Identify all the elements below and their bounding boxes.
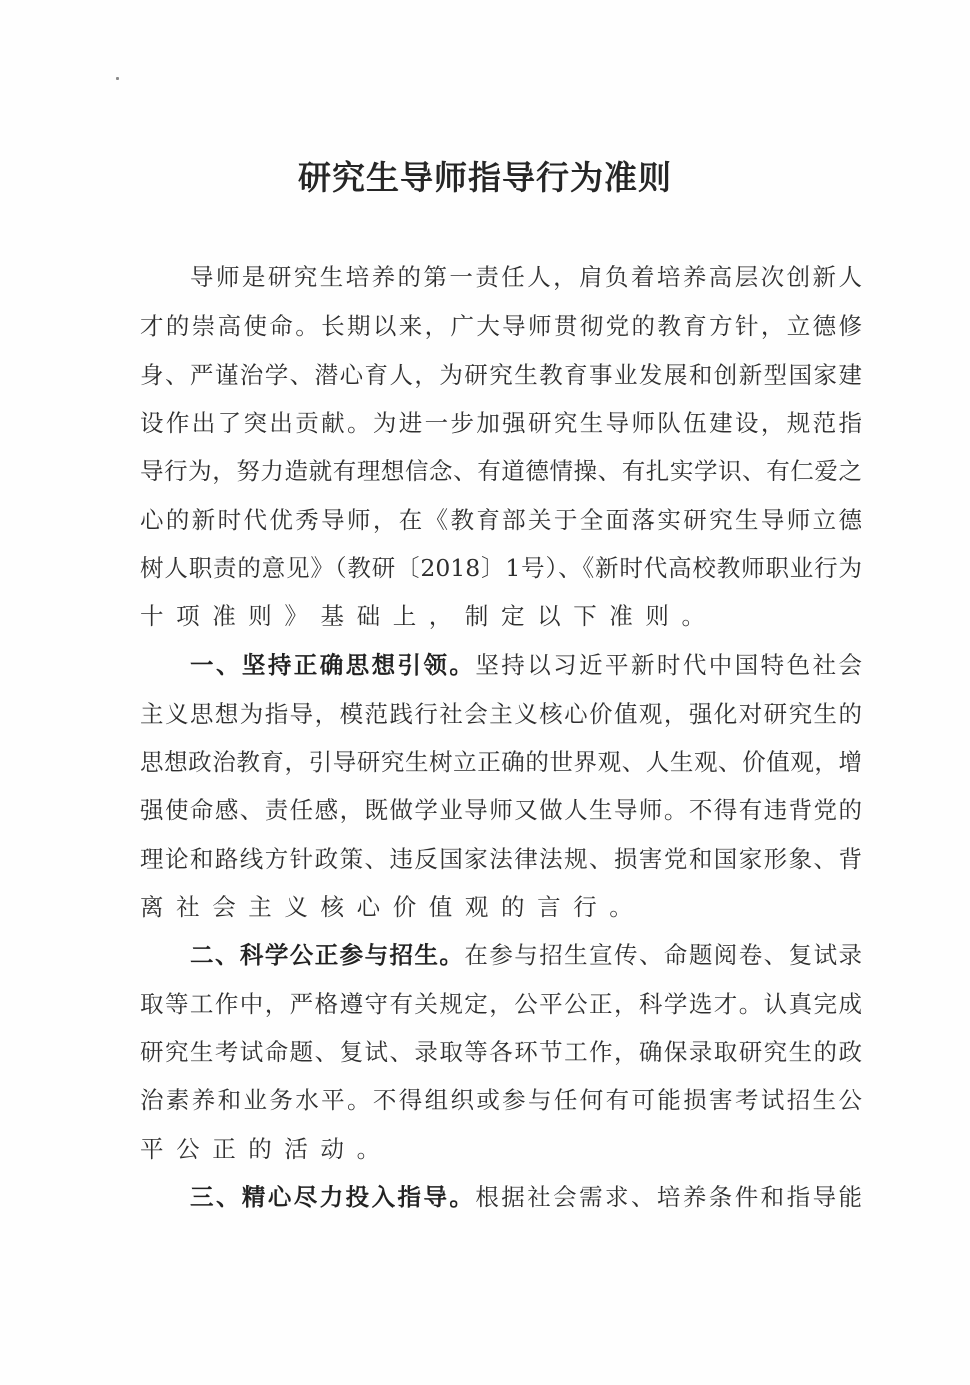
article-1-heading: 一、坚持正确思想引领。	[190, 651, 475, 679]
article-1-line-4: 强使命感、责任感，既做学业导师又做人生导师。不得有违背党的	[140, 790, 862, 830]
article-2-first-line-text: 在参与招生宣传、命题阅卷、复试录	[464, 941, 862, 969]
intro-line-8: 十项准则》基础上，制定以下准则。	[140, 596, 862, 636]
document-title: 研究生导师指导行为准则	[0, 152, 970, 199]
article-2-first-line: 二、科学公正参与招生。在参与招生宣传、命题阅卷、复试录	[190, 935, 862, 975]
article-1-first-line-text: 坚持以习近平新时代中国特色社会	[475, 651, 862, 679]
article-2-line-4: 治素养和业务水平。不得组织或参与任何有可能损害考试招生公	[140, 1080, 862, 1120]
article-1-line-2: 主义思想为指导，模范践行社会主义核心价值观，强化对研究生的	[140, 694, 862, 734]
document-page: 研究生导师指导行为准则 导师是研究生培养的第一责任人，肩负着培养高层次创新人 才…	[0, 0, 970, 1385]
intro-line-5: 导行为，努力造就有理想信念、有道德情操、有扎实学识、有仁爱之	[140, 451, 862, 491]
scan-speck	[116, 77, 119, 80]
article-1-line-5: 理论和路线方针政策、违反国家法律法规、损害党和国家形象、背	[140, 839, 862, 879]
article-2-line-3: 研究生考试命题、复试、录取等各环节工作，确保录取研究生的政	[140, 1032, 862, 1072]
intro-line-7: 树人职责的意见》（教研〔2018〕1号）、《新时代高校教师职业行为	[140, 548, 862, 588]
article-2-heading: 二、科学公正参与招生。	[190, 941, 464, 969]
article-3-heading: 三、精心尽力投入指导。	[190, 1183, 475, 1211]
article-3-first-line: 三、精心尽力投入指导。根据社会需求、培养条件和指导能	[190, 1177, 862, 1217]
article-2-line-5: 平公正的活动。	[140, 1129, 862, 1169]
intro-line-6: 心的新时代优秀导师，在《教育部关于全面落实研究生导师立德	[140, 500, 862, 540]
intro-line-3: 身、严谨治学、潜心育人，为研究生教育事业发展和创新型国家建	[140, 355, 862, 395]
intro-line-2: 才的崇高使命。长期以来，广大导师贯彻党的教育方针，立德修	[140, 306, 862, 346]
article-1-line-6: 离社会主义核心价值观的言行。	[140, 887, 862, 927]
intro-line-1: 导师是研究生培养的第一责任人，肩负着培养高层次创新人	[190, 257, 862, 297]
article-1-line-3: 思想政治教育，引导研究生树立正确的世界观、人生观、价值观，增	[140, 742, 862, 782]
article-2-line-2: 取等工作中，严格遵守有关规定，公平公正，科学选才。认真完成	[140, 984, 862, 1024]
intro-line-4: 设作出了突出贡献。为进一步加强研究生导师队伍建设，规范指	[140, 403, 862, 443]
article-1-first-line: 一、坚持正确思想引领。坚持以习近平新时代中国特色社会	[190, 645, 862, 685]
article-3-first-line-text: 根据社会需求、培养条件和指导能	[475, 1183, 862, 1211]
